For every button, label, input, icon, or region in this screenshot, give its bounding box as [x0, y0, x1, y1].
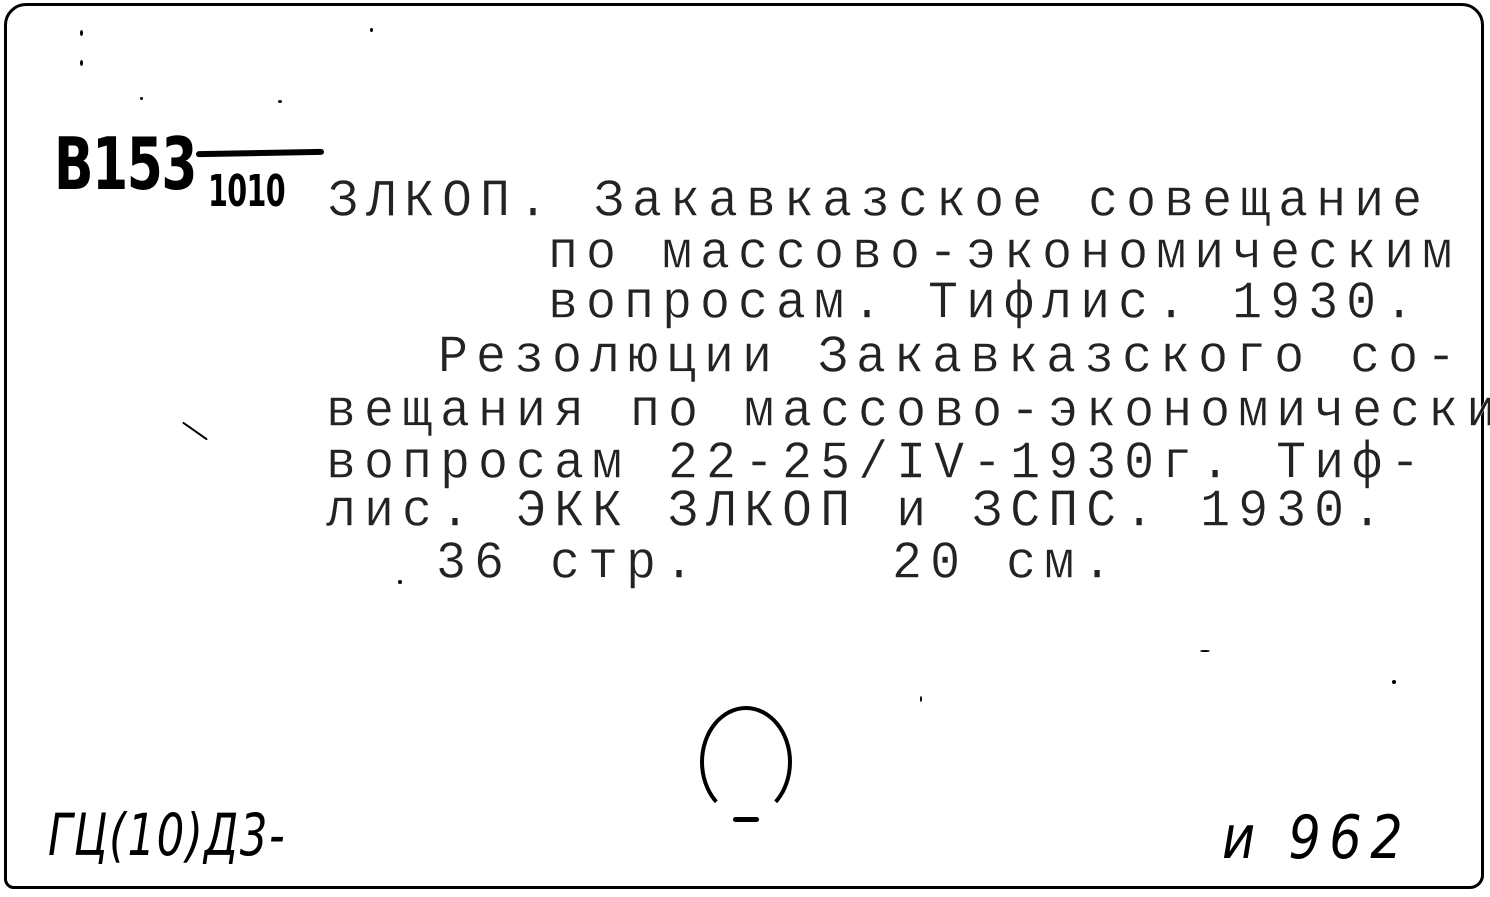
classification-code: ГЦ(10)Д3- — [48, 806, 286, 864]
heading-line-2: по массово-экономическим — [548, 229, 1460, 282]
shelfmark-main: В153 — [54, 128, 196, 200]
imprint-line: лис. ЭКК ЗЛКОП и ЗСПС. 1930. — [326, 487, 1390, 540]
title-line-1: Резолюции Закавказского со- — [438, 333, 1464, 386]
scan-speck — [1392, 680, 1396, 684]
scan-speck — [80, 60, 83, 66]
scan-speck — [80, 30, 83, 36]
punch-hole-icon — [700, 706, 792, 818]
collation-line: 36 стр. 20 см. — [436, 539, 1120, 592]
scan-speck — [920, 696, 922, 702]
scan-speck — [1200, 650, 1210, 652]
scan-speck — [140, 97, 143, 100]
scan-speck — [398, 580, 402, 584]
punch-hole-mark — [733, 817, 759, 822]
heading-line-3: вопросам. Тифлис. 1930. — [548, 279, 1422, 332]
scan-speck — [278, 100, 282, 103]
scan-speck — [370, 28, 373, 32]
inventory-number: и 962 — [1222, 808, 1411, 868]
shelfmark-sub: 1010 — [208, 170, 285, 214]
title-line-2: вещания по массово-экономическим — [326, 387, 1490, 440]
heading-line-1: ЗЛКОП. Закавказское совещание — [328, 177, 1430, 230]
